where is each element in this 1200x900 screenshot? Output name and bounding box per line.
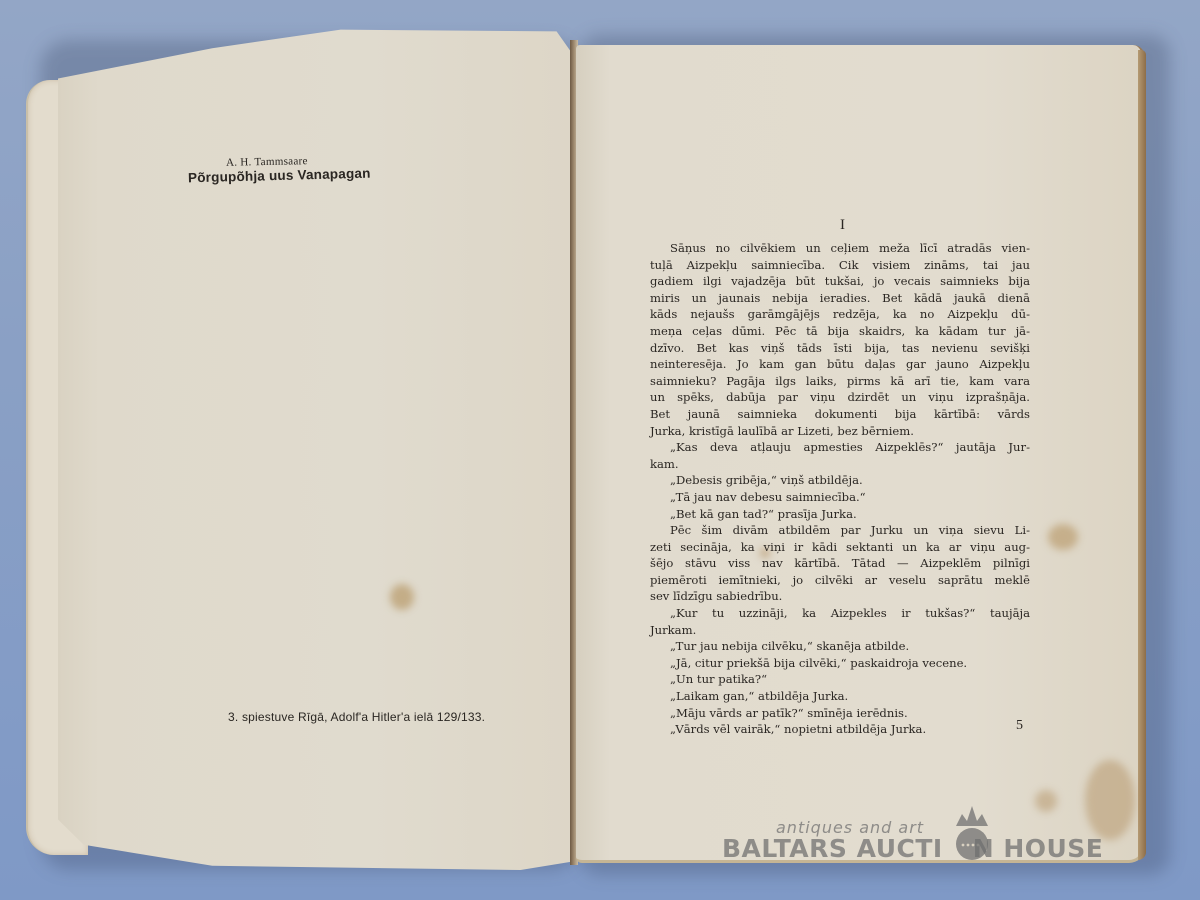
watermark-brand-part2: N HOUSE (973, 834, 1104, 863)
page-block-edge (1138, 50, 1146, 860)
text-line: meņa ceļas dūmi. Pēc tā bija skaidrs, ka… (650, 323, 1030, 340)
text-line: „Kur tu uzzināji, ka Aizpekles ir tukšas… (650, 605, 1030, 622)
text-line: kam. (650, 456, 1030, 473)
text-line: „Vārds vēl vairāk,“ nopietni atbildēja J… (650, 721, 1030, 738)
text-line: „Bet kā gan tad?“ prasīja Jurka. (650, 506, 1030, 523)
watermark-brand-part1: BALTARS AUCTI (722, 834, 943, 863)
text-line: Bet jaunā saimnieka dokumenti bija kārtī… (650, 406, 1030, 423)
printer-imprint: 3. spiestuve Rīgā, Adolf'a Hitler'a ielā… (228, 710, 485, 724)
text-line: „Tā jau nav debesu saimniecība.“ (650, 489, 1030, 506)
text-line: saimnieku? Pagāja ilgs laiks, pirms kā a… (650, 373, 1030, 390)
text-line: „Debesis gribēja,“ viņš atbildēja. (650, 472, 1030, 489)
text-line: kāds nejaušs garāmgājējs redzēja, ka no … (650, 306, 1030, 323)
text-line: Jurkam. (650, 622, 1030, 639)
text-line: Pēc šim divām atbildēm par Jurku un viņa… (650, 522, 1030, 539)
foxing-stain (390, 584, 414, 610)
page-number: 5 (1016, 718, 1023, 734)
watermark: antiques and art BALTARS AUCTIN HOUSE (722, 818, 1122, 878)
body-text: Sāņus no cilvēkiem un ceļiem meža līcī a… (650, 240, 1030, 738)
text-line: Sāņus no cilvēkiem un ceļiem meža līcī a… (650, 240, 1030, 257)
text-line: gadiem ilgi vajadzēja būt tukšai, jo vec… (650, 273, 1030, 290)
chapter-heading: I (840, 217, 845, 234)
text-line: „Laikam gan,“ atbildēja Jurka. (650, 688, 1030, 705)
left-page (58, 28, 572, 870)
text-line: miris un jaunais nebija ieradies. Bet kā… (650, 290, 1030, 307)
watermark-brand: BALTARS AUCTIN HOUSE (722, 834, 1103, 863)
text-line: „Tur jau nebija cilvēku,“ skanēja atbild… (650, 638, 1030, 655)
text-line: šējo stāvu viss nav kārtībā. Tātad — Aiz… (650, 555, 1030, 572)
text-line: zeti secināja, ka viņi ir kādi sektanti … (650, 539, 1030, 556)
foxing-stain (1048, 524, 1078, 550)
text-line: „Māju vārds ar patīk?“ smīnēja ierēdnis. (650, 705, 1030, 722)
text-line: sev līdzīgu sabiedrību. (650, 588, 1030, 605)
text-line: un spēks, dabūja par viņu dzirdēt un viņ… (650, 389, 1030, 406)
text-line: „Jā, citur priekšā bija cilvēki,“ paskai… (650, 655, 1030, 672)
text-line: „Kas deva atļauju apmesties Aizpeklēs?“ … (650, 439, 1030, 456)
text-line: dzīvo. Bet kas viņš tāds īsti bija, tas … (650, 340, 1030, 357)
text-line: neinteresēja. Jo kam gan būtu daļas gar … (650, 356, 1030, 373)
text-line: tuļā Aizpekļu saimniecība. Cik visiem zi… (650, 257, 1030, 274)
foxing-stain (1035, 790, 1057, 812)
text-line: Jurka, kristīgā laulībā ar Lizeti, bez b… (650, 423, 1030, 440)
text-line: „Un tur patika?“ (650, 671, 1030, 688)
text-line: piemēroti iemītnieki, jo cilvēki ar vese… (650, 572, 1030, 589)
